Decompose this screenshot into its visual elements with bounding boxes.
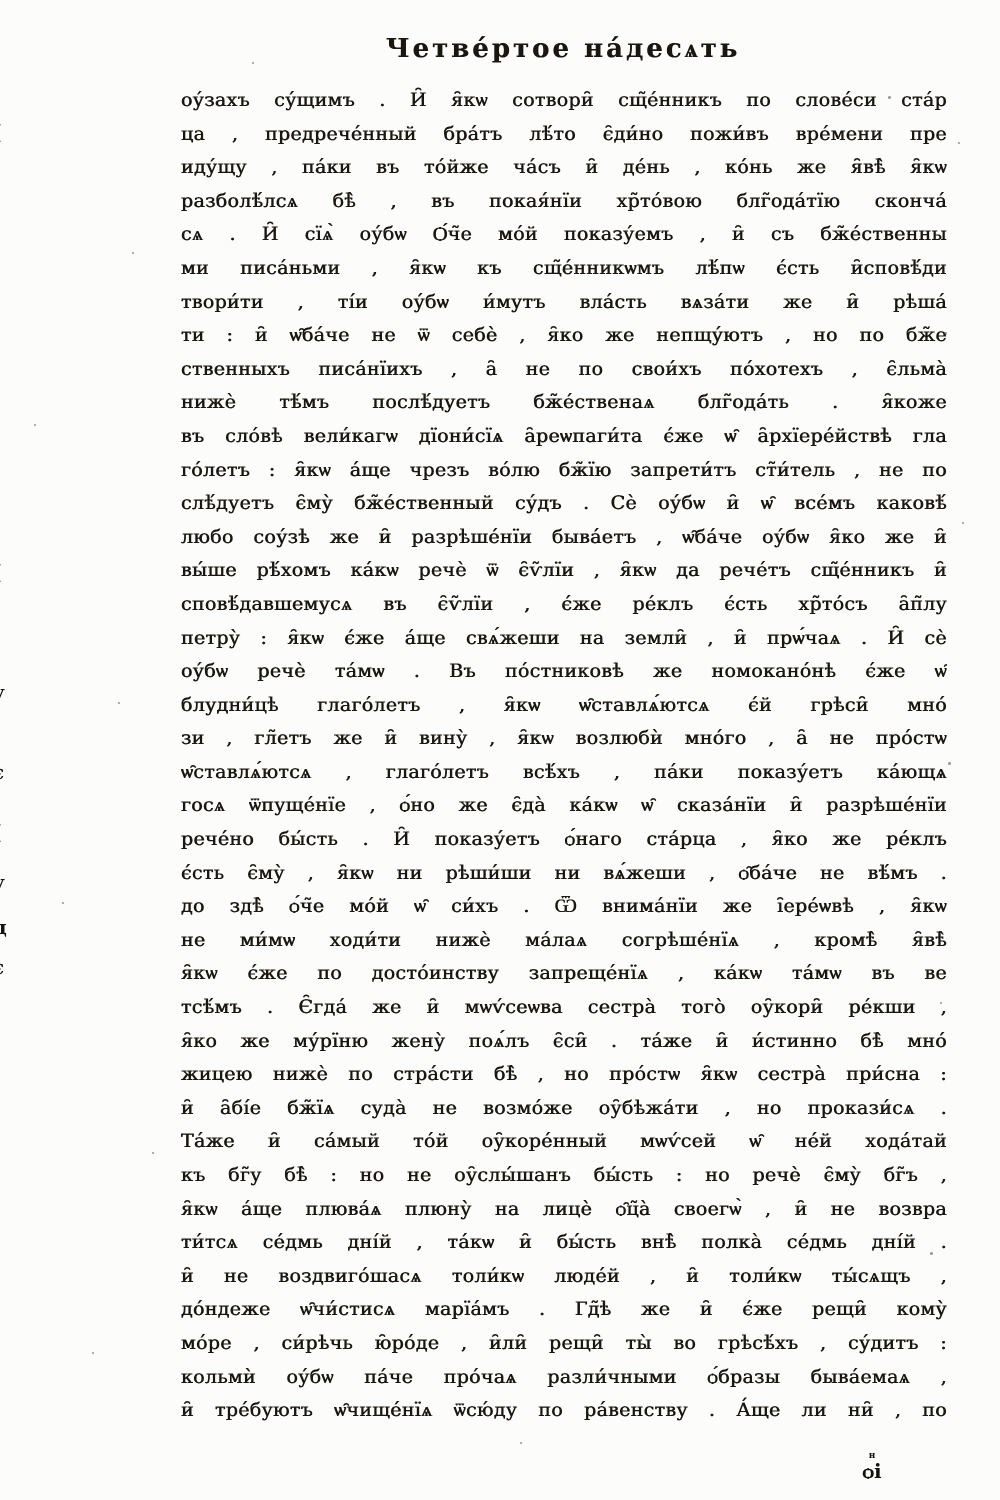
edge-fragment: ( [0, 820, 1, 844]
text-line-23: рече́но бы́сть . И̑ показу́етъ ѻ́наго ст… [181, 823, 947, 857]
edge-fragment: ( [0, 560, 1, 584]
text-line-3: иду́щу , па́ки въ то́йже ча́съ и̑ де́нь … [181, 151, 947, 185]
text-line-12: го́летъ : я̑кѡ а́ще чрезъ во́лю бж̃їю за… [181, 454, 947, 488]
edge-fragment: ( [0, 120, 1, 144]
scan-speck [944, 332, 947, 335]
text-line-32: Та́же и̑ са́мый то́й оу̑коре́нный мѡѵ́се… [181, 1125, 947, 1159]
scan-speck [962, 522, 964, 524]
text-line-34: я̑кѡ а́ще плюва́ѧ плюну̀ на лицѐ ѻ̑ц̃а̀ … [181, 1193, 947, 1227]
text-line-11: въ сло́вѣ вели́кагѡ дїони́сїѧ а̑реѡпаги́… [181, 420, 947, 454]
text-line-36: и̑ не воздвиго́шасѧ толи́кѡ люде́й , и̑ … [181, 1260, 947, 1294]
scan-speck [132, 252, 134, 254]
scan-speck [520, 1442, 522, 1444]
scan-speck [152, 1152, 154, 1154]
text-line-29: я̑ко же му́рїню жену̀ поѧ́лъ є̑си̑ . та́… [181, 1025, 947, 1059]
scan-speck [62, 902, 64, 904]
text-line-2: ца , предрече́нный бра́тъ лѣ́то є̑ди́но … [181, 118, 947, 152]
signature-mark: н ѻі [852, 1452, 892, 1481]
text-line-7: твори́ти , ті́и оу́бѡ и́мутъ вла́сть вѧз… [181, 286, 947, 320]
text-line-37: до́ндеже ѡ̑чи́стисѧ марїа́мъ . Гд̃ѣ же и… [181, 1293, 947, 1327]
text-line-16: сповѣ́давшемусѧ въ є̑ѵ̃лїи , є́же ре́клъ… [181, 588, 947, 622]
text-line-33: къ бг̃у бѣ̀ : но не оу̑слы́шанъ бы́сть :… [181, 1159, 947, 1193]
text-line-1: оу́захъ су́щимъ . И̑ я̑кѡ сотвори̑ сщ̃е́… [181, 84, 947, 118]
text-line-40: и̑ тре́буютъ ѡ̑чище́нїѧ ѿсю́ду по ра́вен… [181, 1394, 947, 1428]
text-line-18: оу́бѡ речѐ та́мѡ . Въ по́стниковѣ же ном… [181, 655, 947, 689]
edge-fragment: ] [0, 480, 1, 504]
text-line-30: жицею нижѐ по стра́сти бѣ̀ , но про́стѡ … [181, 1058, 947, 1092]
scan-speck [948, 762, 951, 765]
edge-fragment: ! [0, 160, 1, 184]
text-line-31: и̑ а̑бі́е бж̃їѧ суда̀ не возмо́же оу̑бѣж… [181, 1092, 947, 1126]
scan-speck [888, 96, 891, 99]
text-line-38: мо́ре , си́рѣчь ю̑ро́де , и̑ли̑ рещи̑ ты… [181, 1327, 947, 1361]
text-line-39: кольмѝ оу́бѡ па́че про́чаѧ разли́чными ѻ… [181, 1361, 947, 1395]
edge-fragment: є [0, 955, 4, 979]
text-block: оу́захъ су́щимъ . И̑ я̑кѡ сотвори̑ сщ̃е́… [181, 84, 947, 1428]
text-line-4: разболѣ́лсѧ бѣ̀ , въ покая́нїи хр̃то́вою… [181, 185, 947, 219]
signature-text: ѻі [862, 1459, 881, 1483]
edge-fragment: є [0, 760, 4, 784]
scan-speck [34, 424, 36, 426]
scan-speck [92, 1352, 94, 1354]
edge-fragment: ! [0, 1280, 1, 1304]
page-edge-artifacts: ( ! · ) ] ( у є ( у ц є ! · [0, 0, 12, 1500]
text-line-15: вы́ше рѣ́хомъ ка́кѡ речѐ ѿ є̑ѵ̃лїи , я̑к… [181, 554, 947, 588]
page-title: Четве́ртое на́десѧть [180, 34, 946, 64]
text-line-5: сѧ . И̑ сїѧ̀ оу́бѡ Ѻ́ч̃е мо́й показу́емъ… [181, 218, 947, 252]
text-line-25: до здѣ̀ ѻ́ч̃е мо́й ѡ̑ си́хъ . Ѿ внима́нї… [181, 890, 947, 924]
book-page: Четве́ртое на́десѧть оу́захъ су́щимъ . И… [0, 0, 1000, 1500]
text-line-17: петру̀ : я̑кѡ є́же а́ще свѧ́жеши на земл… [181, 622, 947, 656]
scan-speck [930, 1252, 933, 1255]
text-line-8: ти : и̑ ѡ̑ба́че не ѿ себѐ , я̑ко же непщ… [181, 319, 947, 353]
text-line-6: ми писа́ньми , я̑кѡ къ сщ̃е́нникѡмъ лѣ́п… [181, 252, 947, 286]
text-line-13: слѣ́дуетъ є̑му̀ бж̃е́ственный су́дъ . Сѐ… [181, 487, 947, 521]
text-line-26: не ми́мѡ ходи́ти нижѐ ма́лаѧ согрѣше́нїѧ… [181, 924, 947, 958]
text-line-19: блудни́цѣ глаго́летъ , я̑кѡ ѡ̑ставлѧ́ютс… [181, 689, 947, 723]
text-line-22: госѧ ѿпуще́нїе , ѻ́но же є̑да̀ ка́кѡ ѡ̑ … [181, 789, 947, 823]
scan-speck [118, 702, 120, 704]
text-line-10: нижѐ тѣ́мъ послѣ́дуетъ бж̃е́ственаѧ блг̃… [181, 386, 947, 420]
text-line-20: зи , гл̃етъ же и̑ вину̀ , я̑кѡ возлюбѝ м… [181, 722, 947, 756]
text-line-28: тсѣ́мъ . Є̑гда́ же и̑ мѡѵ́сеѡва сестра̀ … [181, 991, 947, 1025]
text-line-21: ѡ̑ставлѧ́ютсѧ , глаго́летъ всѣ́хъ , па́к… [181, 756, 947, 790]
edge-fragment: у [0, 870, 5, 894]
edge-fragment: ) [0, 360, 1, 384]
text-line-27: я̑кѡ є́же по досто́инству запреще́нїѧ , … [181, 957, 947, 991]
text-line-14: любо соу́зѣ же и̑ разрѣше́нїи быва́етъ ,… [181, 521, 947, 555]
text-line-24: є́сть є̑му̀ , я̑кѡ ни рѣши́ши ни вѧ́жеши… [181, 857, 947, 891]
text-line-9: ственныхъ писа́нїихъ , а̑ не по свои́хъ … [181, 353, 947, 387]
edge-fragment: ц [0, 915, 7, 939]
scan-speck [958, 142, 960, 144]
scan-speck [940, 1002, 942, 1004]
edge-fragment: у [0, 680, 5, 704]
scan-speck [252, 62, 254, 64]
text-line-35: ти́тсѧ се́дмь дні́й , та́кѡ и̑ бы́сть вн… [181, 1226, 947, 1260]
